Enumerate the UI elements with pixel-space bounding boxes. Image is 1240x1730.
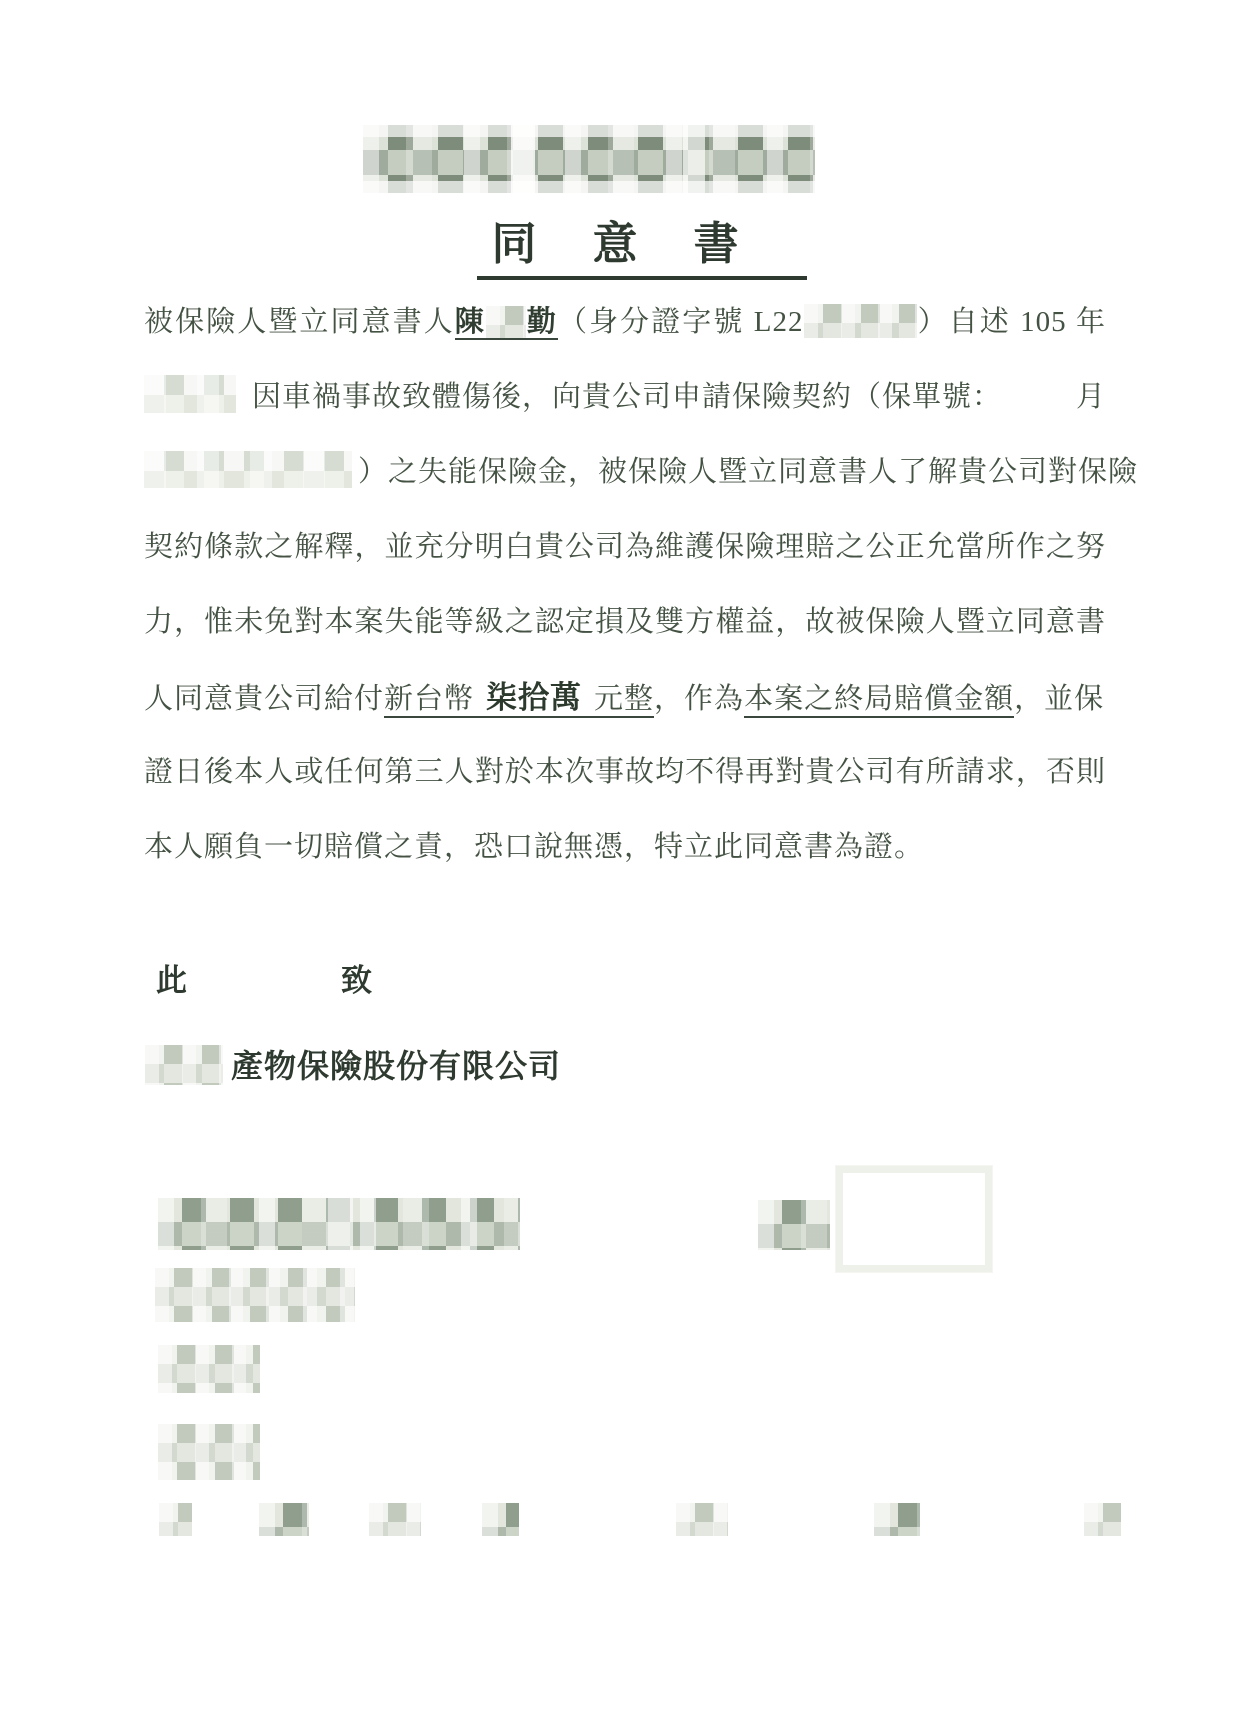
settlement-amount: 柒拾萬	[486, 680, 582, 715]
redacted-signature-row-4	[158, 1424, 260, 1480]
line4-text: 契約條款之解釋，並充分明白貴公司為維護保險理賠之公正允當所作之努	[144, 531, 1106, 563]
body-line-5: 力，惟未免對本案失能等級之認定損及雙方權益，故被保險人暨立同意書	[144, 585, 1106, 660]
page-title-text: 同意書	[477, 207, 806, 280]
amount-unit: 元整	[594, 683, 654, 715]
line2-text: 因車禍事故致體傷後，向貴公司申請保險契約（保單號：	[252, 381, 1002, 413]
redacted-footer-block-7	[1084, 1503, 1121, 1536]
currency-label: 新台幣	[384, 683, 474, 715]
redacted-id-number	[804, 304, 917, 338]
line3-text: ）之失能保險金，被保險人暨立同意書人了解貴公司對保險	[358, 456, 1138, 488]
line6-lead: 人同意貴公司給付	[144, 683, 384, 715]
line6-tail: ，並保	[1014, 683, 1104, 715]
redacted-footer-block-4	[482, 1503, 519, 1536]
body-line-7: 證日後本人或任何第三人對於本次事故均不得再對貴公司有所請求，否則	[144, 735, 1106, 810]
body-line-1: 被保險人暨立同意書人陳勤（身分證字號 L22）自述 105 年 07 月	[144, 285, 1106, 360]
body-line-2: 因車禍事故致體傷後，向貴公司申請保險契約（保單號：	[144, 360, 1106, 435]
body-line-4: 契約條款之解釋，並充分明白貴公司為維護保險理賠之公正允當所作之努	[144, 510, 1106, 585]
consent-letter-page: 同意書 被保險人暨立同意書人陳勤（身分證字號 L22）自述 105 年 07 月…	[0, 0, 1240, 1730]
redacted-name-char	[486, 306, 526, 338]
body-paragraph: 被保險人暨立同意書人陳勤（身分證字號 L22）自述 105 年 07 月 因車禍…	[144, 285, 1106, 885]
line1-id-label: （身分證字號 L22	[558, 306, 804, 338]
line6-mid: ，作為	[654, 683, 744, 715]
insured-name: 陳勤	[455, 306, 558, 340]
redacted-footer-block-5	[676, 1503, 728, 1536]
redacted-footer-block-3	[369, 1503, 421, 1536]
redacted-letterhead	[363, 125, 815, 193]
final-settlement-phrase: 本案之終局賠償金額	[744, 683, 1014, 718]
redacted-policy-number	[144, 451, 352, 488]
redacted-date	[144, 375, 236, 413]
redacted-signature-row-3	[158, 1345, 260, 1393]
line5-text: 力，惟未免對本案失能等級之認定損及雙方權益，故被保險人暨立同意書	[144, 606, 1106, 638]
line7-text: 證日後本人或任何第三人對於本次事故均不得再對貴公司有所請求，否則	[144, 756, 1106, 788]
redacted-signature-row-2	[155, 1268, 355, 1322]
page-title: 同意書	[0, 207, 1240, 280]
body-line-3: ）之失能保險金，被保險人暨立同意書人了解貴公司對保險	[144, 435, 1106, 510]
closing-ci: 此	[156, 963, 189, 998]
line1-lead: 被保險人暨立同意書人	[144, 306, 455, 338]
closing-salutation: 此致	[156, 955, 374, 1000]
redacted-signature-row-1	[158, 1198, 520, 1250]
redacted-footer-block-2	[259, 1503, 309, 1536]
redacted-footer-block-6	[874, 1503, 920, 1536]
body-line-8: 本人願負一切賠償之責，恐口說無憑，特立此同意書為證。	[144, 810, 1106, 885]
settlement-amount-group: 新台幣柒拾萬元整	[384, 683, 654, 718]
closing-zhi: 致	[341, 963, 374, 998]
recipient-company-name: 產物保險股份有限公司	[231, 1048, 561, 1084]
redacted-company-prefix	[145, 1045, 223, 1085]
blank-stamp-box	[836, 1166, 992, 1272]
recipient-company-line: 產物保險股份有限公司	[145, 1040, 561, 1092]
line8-text: 本人願負一切賠償之責，恐口說無憑，特立此同意書為證。	[144, 831, 924, 863]
body-line-6: 人同意貴公司給付新台幣柒拾萬元整，作為本案之終局賠償金額，並保	[144, 660, 1106, 735]
redacted-signature-row-1-right	[758, 1200, 830, 1250]
redacted-footer-block-1	[159, 1503, 192, 1536]
